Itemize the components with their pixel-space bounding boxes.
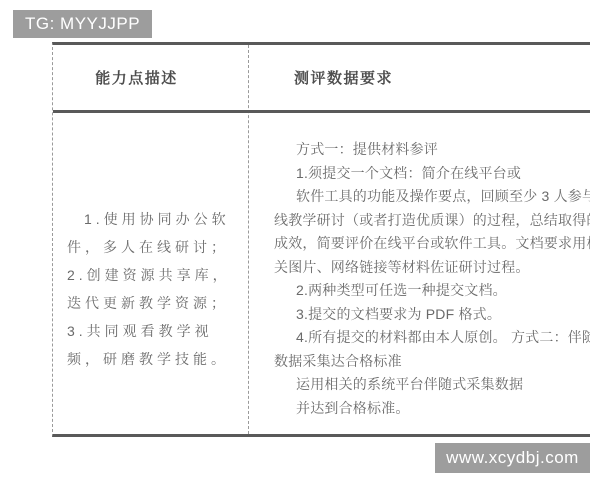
cell-capability-description: 1.使用协同办公软件，多人在线研讨；2.创建资源共享库，迭代更新教学资源；3.共…: [53, 205, 248, 373]
text-line: 成效，简要评价在线平台或软件工具。文档要求用相: [274, 232, 590, 256]
text-line: 4.所有提交的材料都由本人原创。 方式二：伴随式: [274, 326, 590, 350]
header-assessment-data-requirements: 测评数据要求: [294, 67, 393, 88]
text-line: 迭代更新教学资源；: [67, 289, 234, 317]
text-line: 1.须提交一个文档：简介在线平台或: [274, 162, 590, 186]
text-line: 2.两种类型可任选一种提交文档。: [274, 279, 590, 303]
text-line: 3.提交的文档要求为 PDF 格式。: [274, 303, 590, 327]
text-line: 并达到合格标准。: [274, 397, 590, 421]
text-line: 1.使用协同办公软: [67, 205, 234, 233]
cell-assessment-data-requirements: 方式一：提供材料参评1.须提交一个文档：简介在线平台或软件工具的功能及操作要点，…: [274, 138, 590, 420]
header-capability-description: 能力点描述: [53, 67, 248, 88]
document-page: TG: MYYJJPP 能力点描述 测评数据要求 1.使用协同办公软件，多人在线…: [0, 0, 600, 480]
text-line: 3.共同观看教学视: [67, 317, 234, 345]
telegram-watermark-badge: TG: MYYJJPP: [13, 10, 152, 38]
text-line: 频，研磨教学技能。: [67, 345, 234, 373]
text-line: 方式一：提供材料参评: [274, 138, 590, 162]
text-line: 件，多人在线研讨；: [67, 233, 234, 261]
table-header-row: 能力点描述 测评数据要求: [53, 45, 590, 113]
text-line: 软件工具的功能及操作要点，回顾至少 3 人参与在: [274, 185, 590, 209]
text-line: 2.创建资源共享库，: [67, 261, 234, 289]
assessment-table: 能力点描述 测评数据要求 1.使用协同办公软件，多人在线研讨；2.创建资源共享库…: [52, 42, 590, 437]
text-line: 运用相关的系统平台伴随式采集数据: [274, 373, 590, 397]
text-line: 关图片、网络链接等材料佐证研讨过程。: [274, 256, 590, 280]
text-line: 数据采集达合格标准: [274, 350, 590, 374]
text-line: 线教学研讨（或者打造优质课）的过程，总结取得的: [274, 209, 590, 233]
site-url-watermark: www.xcydbj.com: [435, 443, 590, 473]
